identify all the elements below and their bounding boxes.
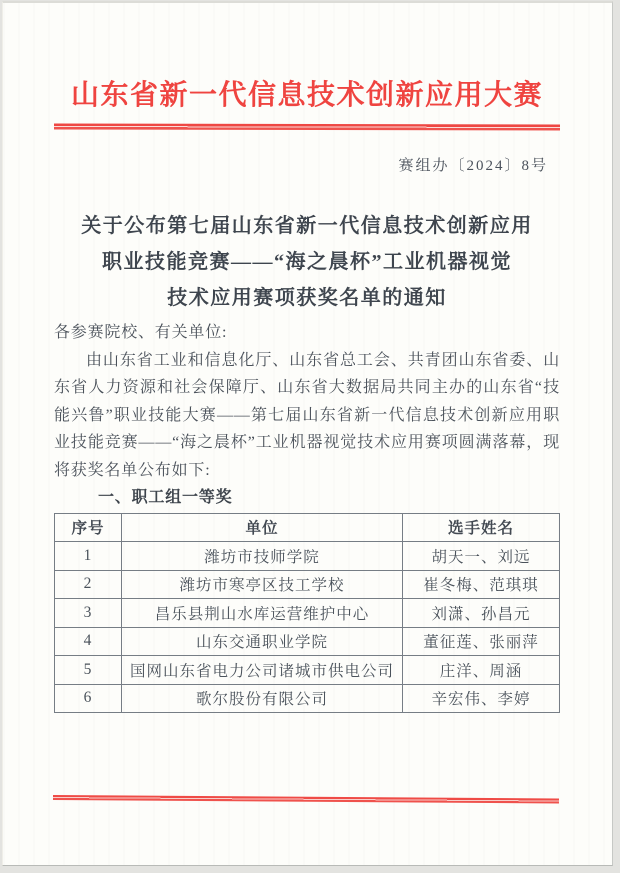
names-cell: 崔冬梅、范琪琪: [403, 570, 560, 599]
header-unit: 单位: [122, 513, 403, 542]
award-table-body: 1潍坊市技师学院胡天一、刘远2潍坊市寒亭区技工学校崔冬梅、范琪琪3昌乐县荆山水库…: [55, 542, 560, 713]
table-row: 3昌乐县荆山水库运营维护中心刘潇、孙昌元: [55, 599, 560, 628]
document-number: 赛组办〔2024〕8号: [54, 156, 560, 176]
names-cell: 胡天一、刘远: [403, 542, 560, 571]
table-row: 5国网山东省电力公司诸城市供电公司庄洋、周涵: [55, 656, 560, 685]
notice-title: 关于公布第七届山东省新一代信息技术创新应用 职业技能竞赛——“海之晨杯”工业机器…: [54, 208, 560, 316]
rank-cell: 2: [55, 570, 122, 599]
document-page: 山东省新一代信息技术创新应用大赛 赛组办〔2024〕8号 关于公布第七届山东省新…: [2, 1, 613, 866]
unit-cell: 山东交通职业学院: [122, 627, 403, 656]
table-row: 2潍坊市寒亭区技工学校崔冬梅、范琪琪: [55, 570, 560, 599]
notice-title-line-3: 技术应用赛项获奖名单的通知: [54, 280, 560, 316]
notice-title-line-2: 职业技能竞赛——“海之晨杯”工业机器视觉: [54, 244, 560, 280]
names-cell: 董征莲、张丽萍: [403, 627, 560, 656]
unit-cell: 国网山东省电力公司诸城市供电公司: [122, 656, 403, 685]
rank-cell: 3: [55, 599, 122, 628]
section-heading-first-prize: 一、职工组一等奖: [54, 484, 560, 512]
masthead-title: 山东省新一代信息技术创新应用大赛: [54, 77, 560, 115]
names-cell: 刘潇、孙昌元: [403, 599, 560, 628]
table-row: 1潍坊市技师学院胡天一、刘远: [55, 542, 560, 571]
rank-cell: 4: [55, 627, 122, 656]
unit-cell: 潍坊市寒亭区技工学校: [122, 570, 403, 599]
body-paragraph: 由山东省工业和信息化厅、山东省总工会、共青团山东省委、山东省人力资源和社会保障厅…: [54, 347, 560, 485]
footer-divider-line: [53, 795, 559, 804]
masthead-divider-line: [54, 123, 560, 130]
names-cell: 庄洋、周涵: [403, 656, 560, 685]
rank-cell: 6: [55, 684, 122, 713]
award-table: 序号 单位 选手姓名 1潍坊市技师学院胡天一、刘远2潍坊市寒亭区技工学校崔冬梅、…: [54, 513, 560, 714]
unit-cell: 潍坊市技师学院: [122, 542, 403, 571]
rank-cell: 5: [55, 656, 122, 685]
header-names: 选手姓名: [403, 513, 560, 542]
header-rank: 序号: [55, 513, 122, 542]
unit-cell: 歌尔股份有限公司: [122, 684, 403, 713]
rank-cell: 1: [55, 542, 122, 571]
names-cell: 辛宏伟、李婷: [403, 684, 560, 713]
salutation: 各参赛院校、有关单位:: [54, 319, 560, 347]
unit-cell: 昌乐县荆山水库运营维护中心: [122, 599, 403, 628]
table-row: 6歌尔股份有限公司辛宏伟、李婷: [55, 684, 560, 713]
table-header-row: 序号 单位 选手姓名: [55, 513, 560, 542]
table-row: 4山东交通职业学院董征莲、张丽萍: [55, 627, 560, 656]
notice-title-line-1: 关于公布第七届山东省新一代信息技术创新应用: [54, 208, 560, 244]
scanned-document: 山东省新一代信息技术创新应用大赛 赛组办〔2024〕8号 关于公布第七届山东省新…: [0, 0, 620, 873]
